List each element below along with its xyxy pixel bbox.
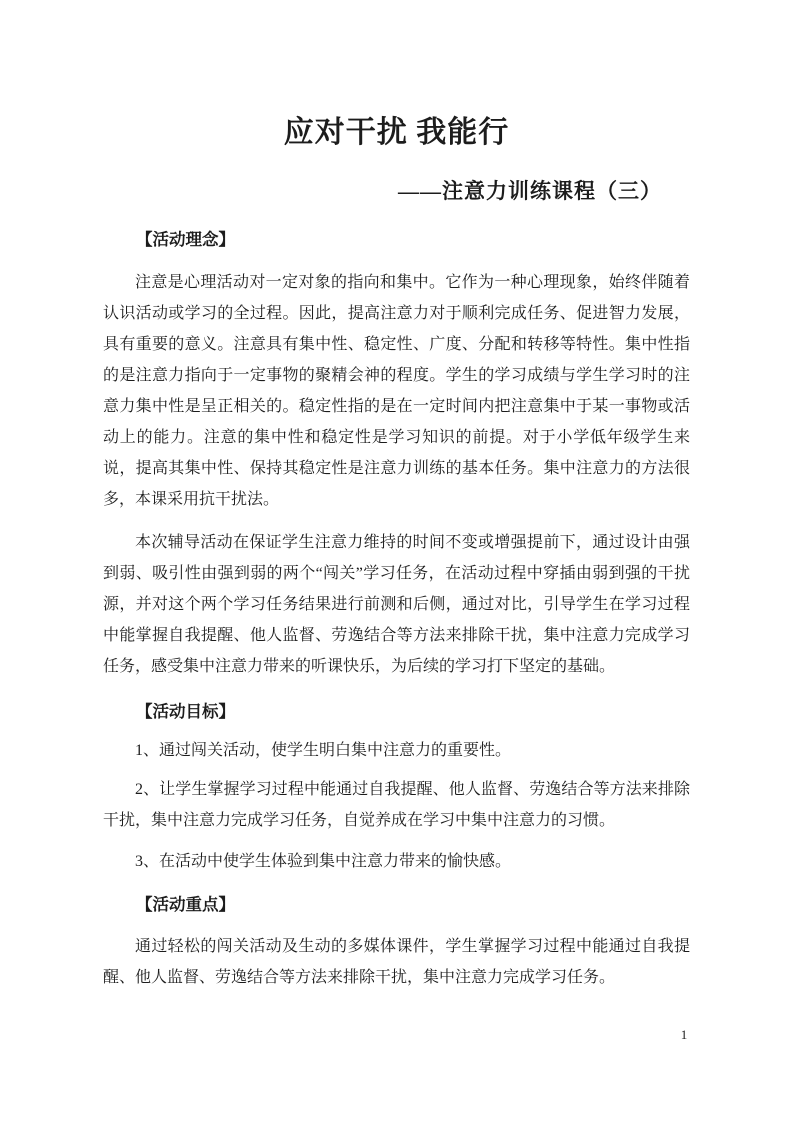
goal-item-2: 2、让学生掌握学习过程中能通过自我提醒、他人监督、劳逸结合等方法来排除干扰，集中… xyxy=(103,774,690,836)
document-page: 应对干扰 我能行 ——注意力训练课程（三） 【活动理念】 注意是心理活动对一定对… xyxy=(0,0,793,1122)
paragraph-focus-1: 通过轻松的闯关活动及生动的多媒体课件，学生掌握学习过程中能通过自我提醒、他人监督… xyxy=(103,931,690,993)
paragraph-concept-1: 注意是心理活动对一定对象的指向和集中。它作为一种心理现象，始终伴随着认识活动或学… xyxy=(103,267,690,515)
page-number: 1 xyxy=(672,1026,696,1044)
section-heading-activity-concept: 【活动理念】 xyxy=(103,224,690,255)
section-heading-activity-focus: 【活动重点】 xyxy=(103,889,690,920)
document-subtitle: ——注意力训练课程（三） xyxy=(103,176,662,206)
section-heading-activity-goals: 【活动目标】 xyxy=(103,696,690,727)
document-content: 应对干扰 我能行 ——注意力训练课程（三） 【活动理念】 注意是心理活动对一定对… xyxy=(0,0,793,993)
document-title: 应对干扰 我能行 xyxy=(103,0,690,154)
paragraph-concept-2: 本次辅导活动在保证学生注意力维持的时间不变或增强提前下，通过设计由强到弱、吸引性… xyxy=(103,527,690,682)
goal-item-3: 3、在活动中使学生体验到集中注意力带来的愉快感。 xyxy=(103,846,690,877)
goal-item-1: 1、通过闯关活动，使学生明白集中注意力的重要性。 xyxy=(103,735,690,766)
